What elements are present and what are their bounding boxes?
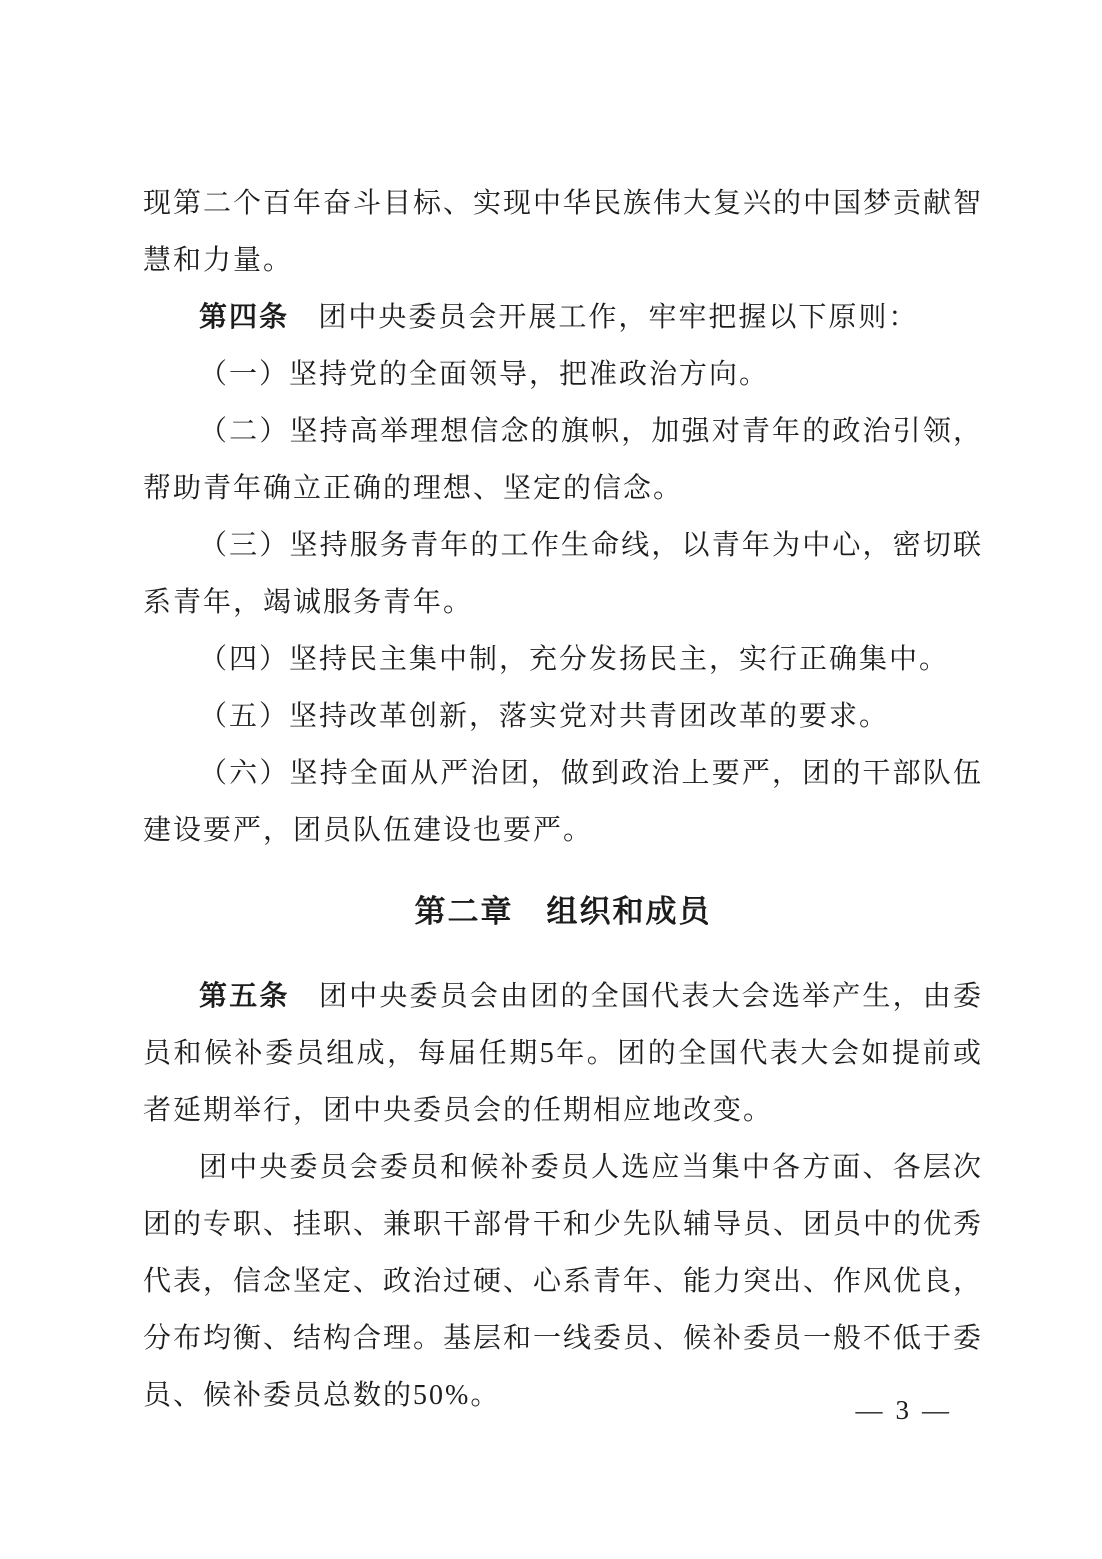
paragraph: （一）坚持党的全面领导，把准政治方向。 bbox=[143, 346, 983, 403]
paragraph: 团中央委员会委员和候补委员人选应当集中各方面、各层次团的专职、挂职、兼职干部骨干… bbox=[143, 1139, 983, 1424]
article-paragraph: 第四条团中央委员会开展工作，牢牢把握以下原则： bbox=[143, 289, 983, 346]
paragraph: （六）坚持全面从严治团，做到政治上要严，团的干部队伍建设要严，团员队伍建设也要严… bbox=[143, 745, 983, 859]
paragraph: 现第二个百年奋斗目标、实现中华民族伟大复兴的中国梦贡献智慧和力量。 bbox=[143, 175, 983, 289]
paragraph: （四）坚持民主集中制，充分发扬民主，实行正确集中。 bbox=[143, 631, 983, 688]
page-number: —3— bbox=[856, 1394, 950, 1426]
page-number-value: 3 bbox=[896, 1395, 910, 1425]
document-body: 现第二个百年奋斗目标、实现中华民族伟大复兴的中国梦贡献智慧和力量。第四条团中央委… bbox=[143, 175, 983, 1424]
page-number-dash-right: — bbox=[922, 1395, 949, 1425]
paragraph: （三）坚持服务青年的工作生命线，以青年为中心，密切联系青年，竭诚服务青年。 bbox=[143, 517, 983, 631]
document-page: 现第二个百年奋斗目标、实现中华民族伟大复兴的中国梦贡献智慧和力量。第四条团中央委… bbox=[0, 0, 1102, 1559]
paragraph: （二）坚持高举理想信念的旗帜，加强对青年的政治引领，帮助青年确立正确的理想、坚定… bbox=[143, 403, 983, 517]
article-text: 团中央委员会开展工作，牢牢把握以下原则： bbox=[318, 302, 918, 333]
article-paragraph: 第五条团中央委员会由团的全国代表大会选举产生，由委员和候补委员组成，每届任期5年… bbox=[143, 968, 983, 1139]
article-number-label: 第五条 bbox=[199, 981, 290, 1012]
paragraph: （五）坚持改革创新，落实党对共青团改革的要求。 bbox=[143, 688, 983, 745]
page-number-dash-left: — bbox=[856, 1395, 883, 1425]
chapter-heading: 第二章 组织和成员 bbox=[143, 883, 983, 940]
article-number-label: 第四条 bbox=[199, 302, 289, 333]
